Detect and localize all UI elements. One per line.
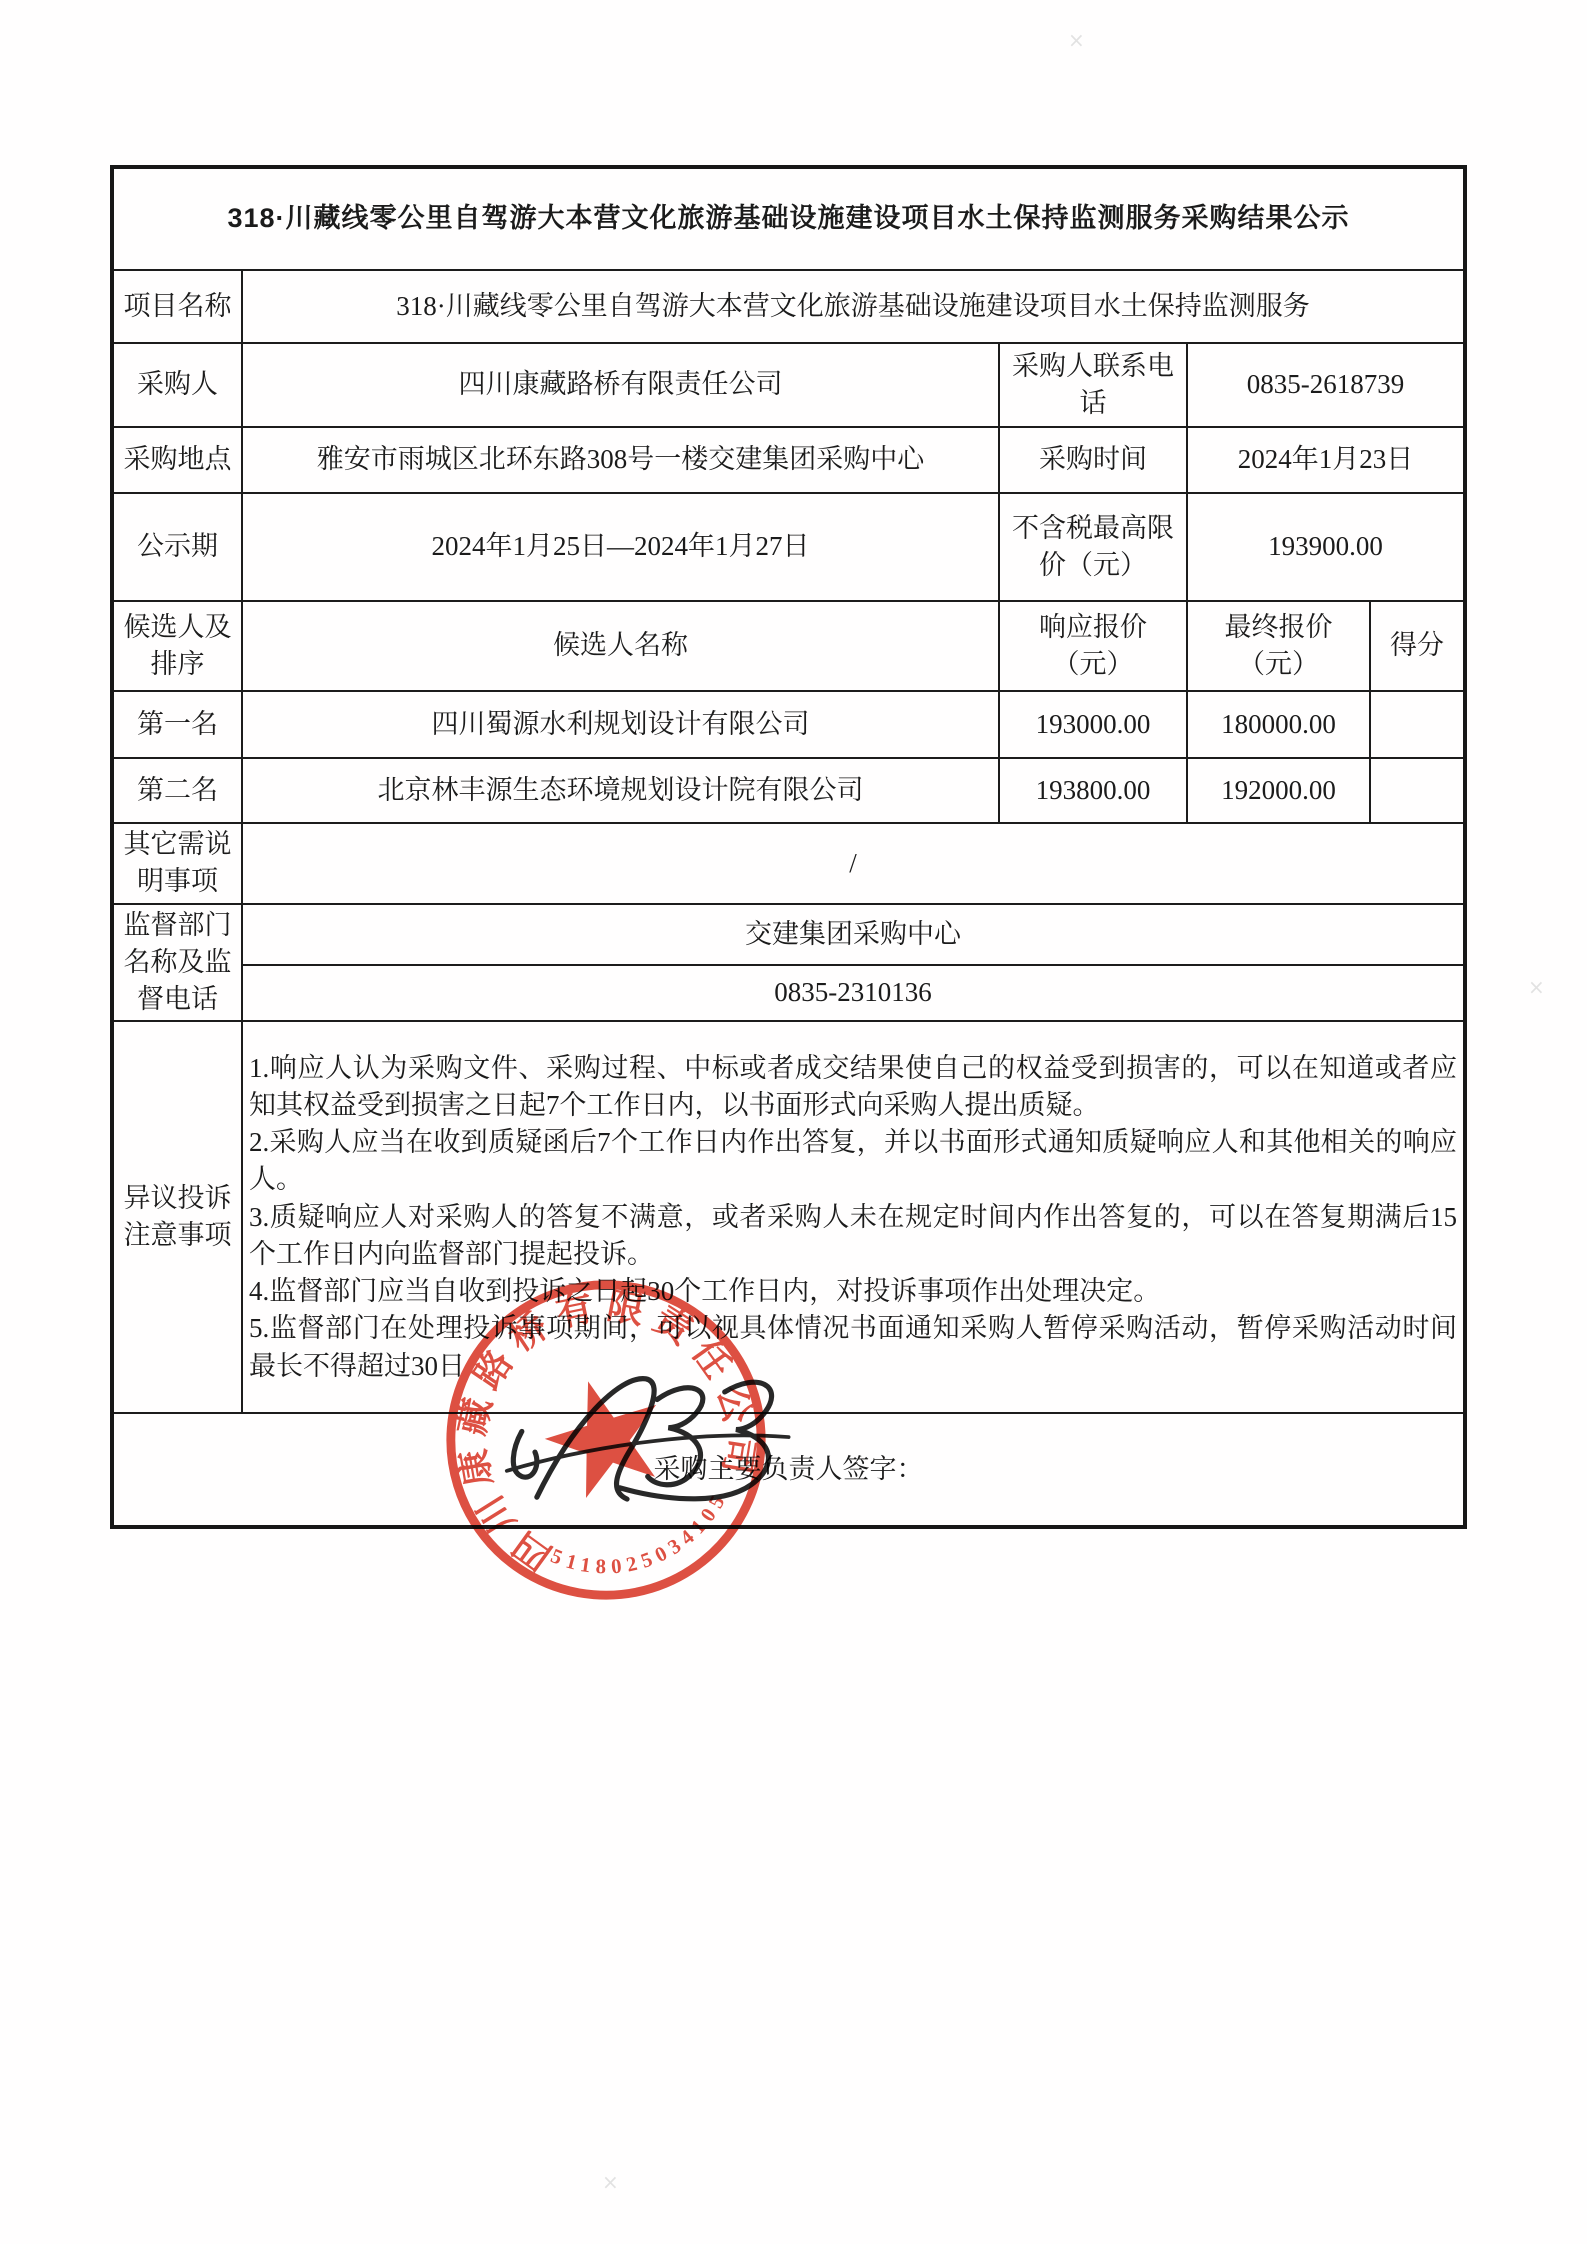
label-price-limit: 不含税最高限价（元） [999, 493, 1187, 601]
signature-row: 采购主要负责人签字： [112, 1413, 1465, 1527]
candidate-final-price: 192000.00 [1187, 758, 1370, 823]
scan-artifact: × [1528, 975, 1545, 999]
label-objection-notice: 异议投诉注意事项 [112, 1021, 242, 1413]
notice-item-1: 1.响应人认为采购文件、采购过程、中标或者成交结果使自己的权益受到损害的，可以在… [249, 1050, 1457, 1125]
label-location: 采购地点 [112, 427, 242, 493]
candidate-score [1370, 758, 1465, 823]
document-title: 318·川藏线零公里自驾游大本营文化旅游基础设施建设项目水土保持监测服务采购结果… [112, 167, 1465, 270]
candidate-rank: 第一名 [112, 691, 242, 758]
candidate-row: 第一名 四川蜀源水利规划设计有限公司 193000.00 180000.00 [112, 691, 1465, 758]
label-project-name: 项目名称 [112, 270, 242, 343]
scan-artifact: × [602, 2170, 619, 2194]
procurement-result-table: 318·川藏线零公里自驾游大本营文化旅游基础设施建设项目水土保持监测服务采购结果… [110, 165, 1467, 1529]
header-final-price: 最终报价（元） [1187, 601, 1370, 691]
value-purchaser: 四川康藏路桥有限责任公司 [242, 343, 999, 427]
header-candidate-name: 候选人名称 [242, 601, 999, 691]
label-purchase-time: 采购时间 [999, 427, 1187, 493]
value-publicity-period: 2024年1月25日—2024年1月27日 [242, 493, 999, 601]
notice-item-2: 2.采购人应当在收到质疑函后7个工作日内作出答复，并以书面形式通知质疑响应人和其… [249, 1124, 1457, 1199]
candidate-response-price: 193800.00 [999, 758, 1187, 823]
header-response-price: 响应报价（元） [999, 601, 1187, 691]
candidate-name: 四川蜀源水利规划设计有限公司 [242, 691, 999, 758]
candidate-response-price: 193000.00 [999, 691, 1187, 758]
value-purchase-time: 2024年1月23日 [1187, 427, 1465, 493]
value-supervision-dept: 交建集团采购中心 [242, 904, 1465, 965]
value-supervision-phone: 0835-2310136 [242, 965, 1465, 1021]
scan-artifact: × [1068, 28, 1085, 52]
value-purchaser-phone: 0835-2618739 [1187, 343, 1465, 427]
label-publicity-period: 公示期 [112, 493, 242, 601]
label-supervision: 监督部门名称及监督电话 [112, 904, 242, 1022]
value-location: 雅安市雨城区北环东路308号一楼交建集团采购中心 [242, 427, 999, 493]
candidate-row: 第二名 北京林丰源生态环境规划设计院有限公司 193800.00 192000.… [112, 758, 1465, 823]
value-price-limit: 193900.00 [1187, 493, 1465, 601]
value-other-notes: / [242, 823, 1465, 904]
header-candidate-rank: 候选人及排序 [112, 601, 242, 691]
label-purchaser-phone: 采购人联系电话 [999, 343, 1187, 427]
scanned-document-page: 318·川藏线零公里自驾游大本营文化旅游基础设施建设项目水土保持监测服务采购结果… [0, 0, 1587, 2244]
candidate-rank: 第二名 [112, 758, 242, 823]
candidates-header-row: 候选人及排序 候选人名称 响应报价（元） 最终报价（元） 得分 [112, 601, 1465, 691]
notice-item-4: 4.监督部门应当自收到投诉之日起30个工作日内，对投诉事项作出处理决定。 [249, 1273, 1457, 1310]
notice-item-5: 5.监督部门在处理投诉事项期间，可以视具体情况书面通知采购人暂停采购活动，暂停采… [249, 1310, 1457, 1385]
label-other-notes: 其它需说明事项 [112, 823, 242, 904]
candidate-final-price: 180000.00 [1187, 691, 1370, 758]
signature-label: 采购主要负责人签字： [654, 1454, 924, 1484]
candidate-name: 北京林丰源生态环境规划设计院有限公司 [242, 758, 999, 823]
value-project-name: 318·川藏线零公里自驾游大本营文化旅游基础设施建设项目水土保持监测服务 [242, 270, 1465, 343]
label-purchaser: 采购人 [112, 343, 242, 427]
candidate-score [1370, 691, 1465, 758]
objection-notice-text: 1.响应人认为采购文件、采购过程、中标或者成交结果使自己的权益受到损害的，可以在… [242, 1021, 1465, 1413]
notice-item-3: 3.质疑响应人对采购人的答复不满意，或者采购人未在规定时间内作出答复的，可以在答… [249, 1199, 1457, 1274]
header-score: 得分 [1370, 601, 1465, 691]
